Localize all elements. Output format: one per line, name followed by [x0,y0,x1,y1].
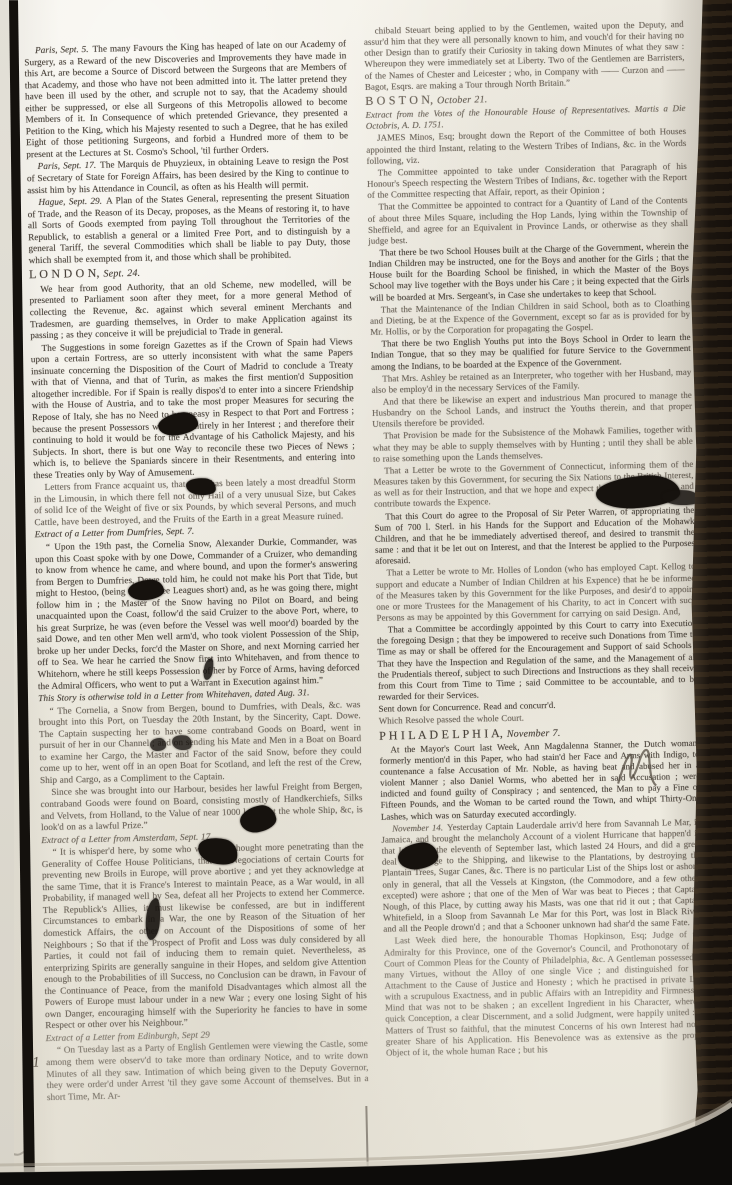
news-paragraph: That a Committee be accordingly appointe… [377,618,699,703]
news-paragraph: Paris, Sept. 5.The many Favours the King… [24,38,348,160]
paragraph-text: Last Week died here, the honourable Thom… [384,929,706,1058]
news-paragraph: “ Upon the 19th past, the Cornelia Snow,… [35,535,360,692]
paragraph-text: The Committee appointed to take under Co… [367,161,687,200]
heading-date: October 21. [437,94,488,106]
news-paragraph: That Provision be made for the Subsisten… [372,424,693,464]
paragraph-text: The many Favours the King has heaped of … [24,38,348,159]
heading-date: Sept. 24. [103,268,140,280]
left-column: Paris, Sept. 5.The many Favours the King… [24,38,369,1104]
dateline: Paris, Sept. 5. [35,44,89,55]
printed-sheet: Paris, Sept. 5.The many Favours the King… [0,0,732,1185]
news-paragraph: Paris, Sept. 17.The Marquis de Phuyzieux… [27,155,350,197]
news-paragraph: JAMES Minos, Esq; brought down the Repor… [366,126,687,166]
paragraph-text: Yesterday Captain Lauderdale arriv'd her… [381,817,703,934]
news-paragraph: That there be two English Youths put int… [370,332,691,372]
news-paragraph: November 14.Yesterday Captain Lauderdale… [381,817,703,936]
paragraph-text: That the Committee be appointed to contr… [368,195,688,245]
paragraph-text: That there be two English Youths put int… [371,332,691,371]
newspaper-page-scan: Paris, Sept. 5.The many Favours the King… [0,0,732,1185]
paragraph-text: chibald Steuart being applied to by the … [364,19,685,92]
paragraph-text: That Provision be made for the Subsisten… [373,424,693,463]
right-column: chibald Steuart being applied to by the … [364,19,706,1060]
heading-city: L O N D O N, [29,266,100,282]
heading-city: P H I L A D E L P H I A, [379,726,503,743]
news-paragraph: Last Week died here, the honourable Thom… [383,929,706,1059]
news-paragraph: chibald Steuart being applied to by the … [364,19,685,93]
extract-heading-text: Extract of a Letter from Edinburgh, Sept… [46,1029,210,1043]
paragraph-text: “ The Cornelia, a Snow from Bergen, boun… [39,699,362,785]
news-paragraph: “ It is whisper'd here, by some who woul… [41,840,367,1032]
paragraph-text: That a Letter be wrote to Mr. Holles of … [376,561,697,623]
extract-heading-text: Extract of a Letter from Dumfries, Sept.… [35,526,195,539]
paragraph-text: That this Court do agree to the Proposal… [374,504,695,566]
paragraph-text: “ Upon the 19th past, the Cornelia Snow,… [35,535,360,691]
paragraph-text: JAMES Minos, Esq; brought down the Repor… [366,126,686,165]
news-paragraph: That a Letter be wrote to Mr. Holles of … [375,561,696,624]
heading-city: B O S T O N, [365,92,433,107]
news-paragraph: “ The Cornelia, a Snow from Bergen, boun… [38,699,362,787]
dateline: Hague, Sept. 29. [38,196,102,207]
paragraph-text: We hear from good Authority, that an old… [29,277,352,340]
news-paragraph: That there be two School Houses built at… [368,241,689,304]
news-paragraph: At the Mayor's Court last Week, Ann Magd… [379,737,701,822]
news-paragraph: The Suggestions in some foreign Gazettes… [30,336,355,482]
dateline: November 14. [392,822,443,833]
news-paragraph: That the Committee be appointed to contr… [367,195,688,247]
news-paragraph: Since she was brought into our Harbour, … [40,781,363,834]
news-paragraph: That this Court do agree to the Proposal… [374,504,695,567]
news-paragraph: We hear from good Authority, that an old… [29,277,352,342]
paragraph-text: That the Maintenance of the Indian Child… [370,298,690,337]
dateline: Paris, Sept. 17. [38,160,97,171]
line-text: Which Resolve passed the whole Court. [379,713,524,726]
news-paragraph: The Committee appointed to take under Co… [367,161,688,201]
paragraph-text: That a Committee be accordingly appointe… [377,618,698,702]
ink-blot [150,738,166,751]
paragraph-text: That there be two School Houses built at… [369,241,690,303]
heading-date: November 7. [507,727,561,739]
paragraph-text: And that there be likewise an expert and… [372,390,692,429]
news-paragraph: And that there be likewise an expert and… [372,390,693,430]
paragraph-text: “ On Tuesday last as a Party of English … [46,1039,369,1102]
news-paragraph: “ On Tuesday last as a Party of English … [46,1039,369,1104]
news-paragraph: That the Maintenance of the Indian Child… [370,298,691,338]
paragraph-text: At the Mayor's Court last Week, Ann Magd… [380,737,701,821]
news-paragraph: Hague, Sept. 29.A Plan of the States Gen… [27,190,350,266]
paragraph-text: “ It is whisper'd here, by some who woul… [42,840,367,1030]
paragraph-text: Since she was brought into our Harbour, … [40,781,362,833]
paragraph-text: The Suggestions in some foreign Gazettes… [31,336,355,480]
